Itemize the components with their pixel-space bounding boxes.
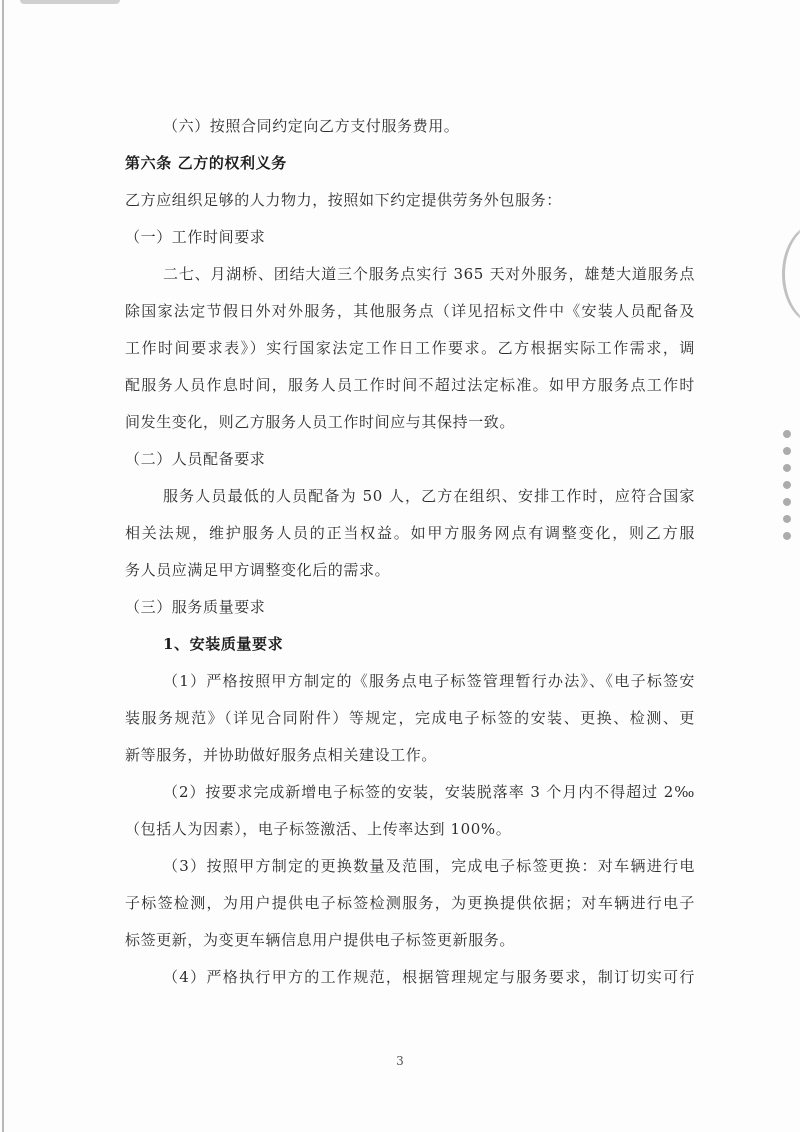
document-body: （六）按照合同约定向乙方支付服务费用。 第六条 乙方的权利义务 乙方应组织足够的… <box>125 108 695 996</box>
section-heading-article-6: 第六条 乙方的权利义务 <box>125 145 695 182</box>
paragraph-line: （4）严格执行甲方的工作规范，根据管理规定与服务要求，制订切实可行 <box>125 959 695 996</box>
subsection-heading-work-time: （一）工作时间要求 <box>125 219 695 256</box>
paragraph-line: （包括人为因素），电子标签激活、上传率达到 100%。 <box>125 811 695 848</box>
paragraph-line: （2）按要求完成新增电子标签的安装，安装脱落率 3 个月内不得超过 2‰ <box>125 774 695 811</box>
paragraph-line: 子标签检测，为用户提供电子标签检测服务，为更换提供依据；对车辆进行电子 <box>125 885 695 922</box>
clause-item-6: （六）按照合同约定向乙方支付服务费用。 <box>125 108 695 145</box>
paragraph-line: 相关法规，维护服务人员的正当权益。如甲方服务网点有调整变化，则乙方服 <box>125 515 695 552</box>
paragraph-line: 除国家法定节假日外对外服务，其他服务点（详见招标文件中《安装人员配备及 <box>125 293 695 330</box>
article-6-intro: 乙方应组织足够的人力物力，按照如下约定提供劳务外包服务： <box>125 182 695 219</box>
document-page: （六）按照合同约定向乙方支付服务费用。 第六条 乙方的权利义务 乙方应组织足够的… <box>0 0 800 1132</box>
paragraph-line: 务人员应满足甲方调整变化后的需求。 <box>125 552 695 589</box>
subsection-heading-quality: （三）服务质量要求 <box>125 589 695 626</box>
paragraph-line: 装服务规范》（详见合同附件）等规定，完成电子标签的安装、更换、检测、更 <box>125 700 695 737</box>
seam-seal-stamp-icon <box>783 430 800 540</box>
paragraph-line: （1）严格按照甲方制定的《服务点电子标签管理暂行办法》、《电子标签安 <box>125 663 695 700</box>
page-number: 3 <box>0 1054 800 1068</box>
seal-stamp-icon <box>782 222 800 326</box>
paragraph-line: 间发生变化，则乙方服务人员工作时间应与其保持一致。 <box>125 404 695 441</box>
paragraph-line: 新等服务，并协助做好服务点相关建设工作。 <box>125 737 695 774</box>
paragraph-line: 服务人员最低的人员配备为 50 人，乙方在组织、安排工作时，应符合国家 <box>125 478 695 515</box>
scan-top-mark <box>20 0 120 4</box>
paragraph-line: （3）按照甲方制定的更换数量及范围，完成电子标签更换：对车辆进行电 <box>125 848 695 885</box>
paragraph-line: 工作时间要求表》）实行国家法定工作日工作要求。乙方根据实际工作需求，调 <box>125 330 695 367</box>
paragraph-line: 配服务人员作息时间，服务人员工作时间不超过法定标准。如甲方服务点工作时 <box>125 367 695 404</box>
sub-heading-installation-quality: 1、安装质量要求 <box>125 626 695 663</box>
scan-left-edge <box>2 0 4 1132</box>
paragraph-line: 标签更新，为变更车辆信息用户提供电子标签更新服务。 <box>125 922 695 959</box>
paragraph-line: 二七、月湖桥、团结大道三个服务点实行 365 天对外服务，雄楚大道服务点 <box>125 256 695 293</box>
subsection-heading-staffing: （二）人员配备要求 <box>125 441 695 478</box>
